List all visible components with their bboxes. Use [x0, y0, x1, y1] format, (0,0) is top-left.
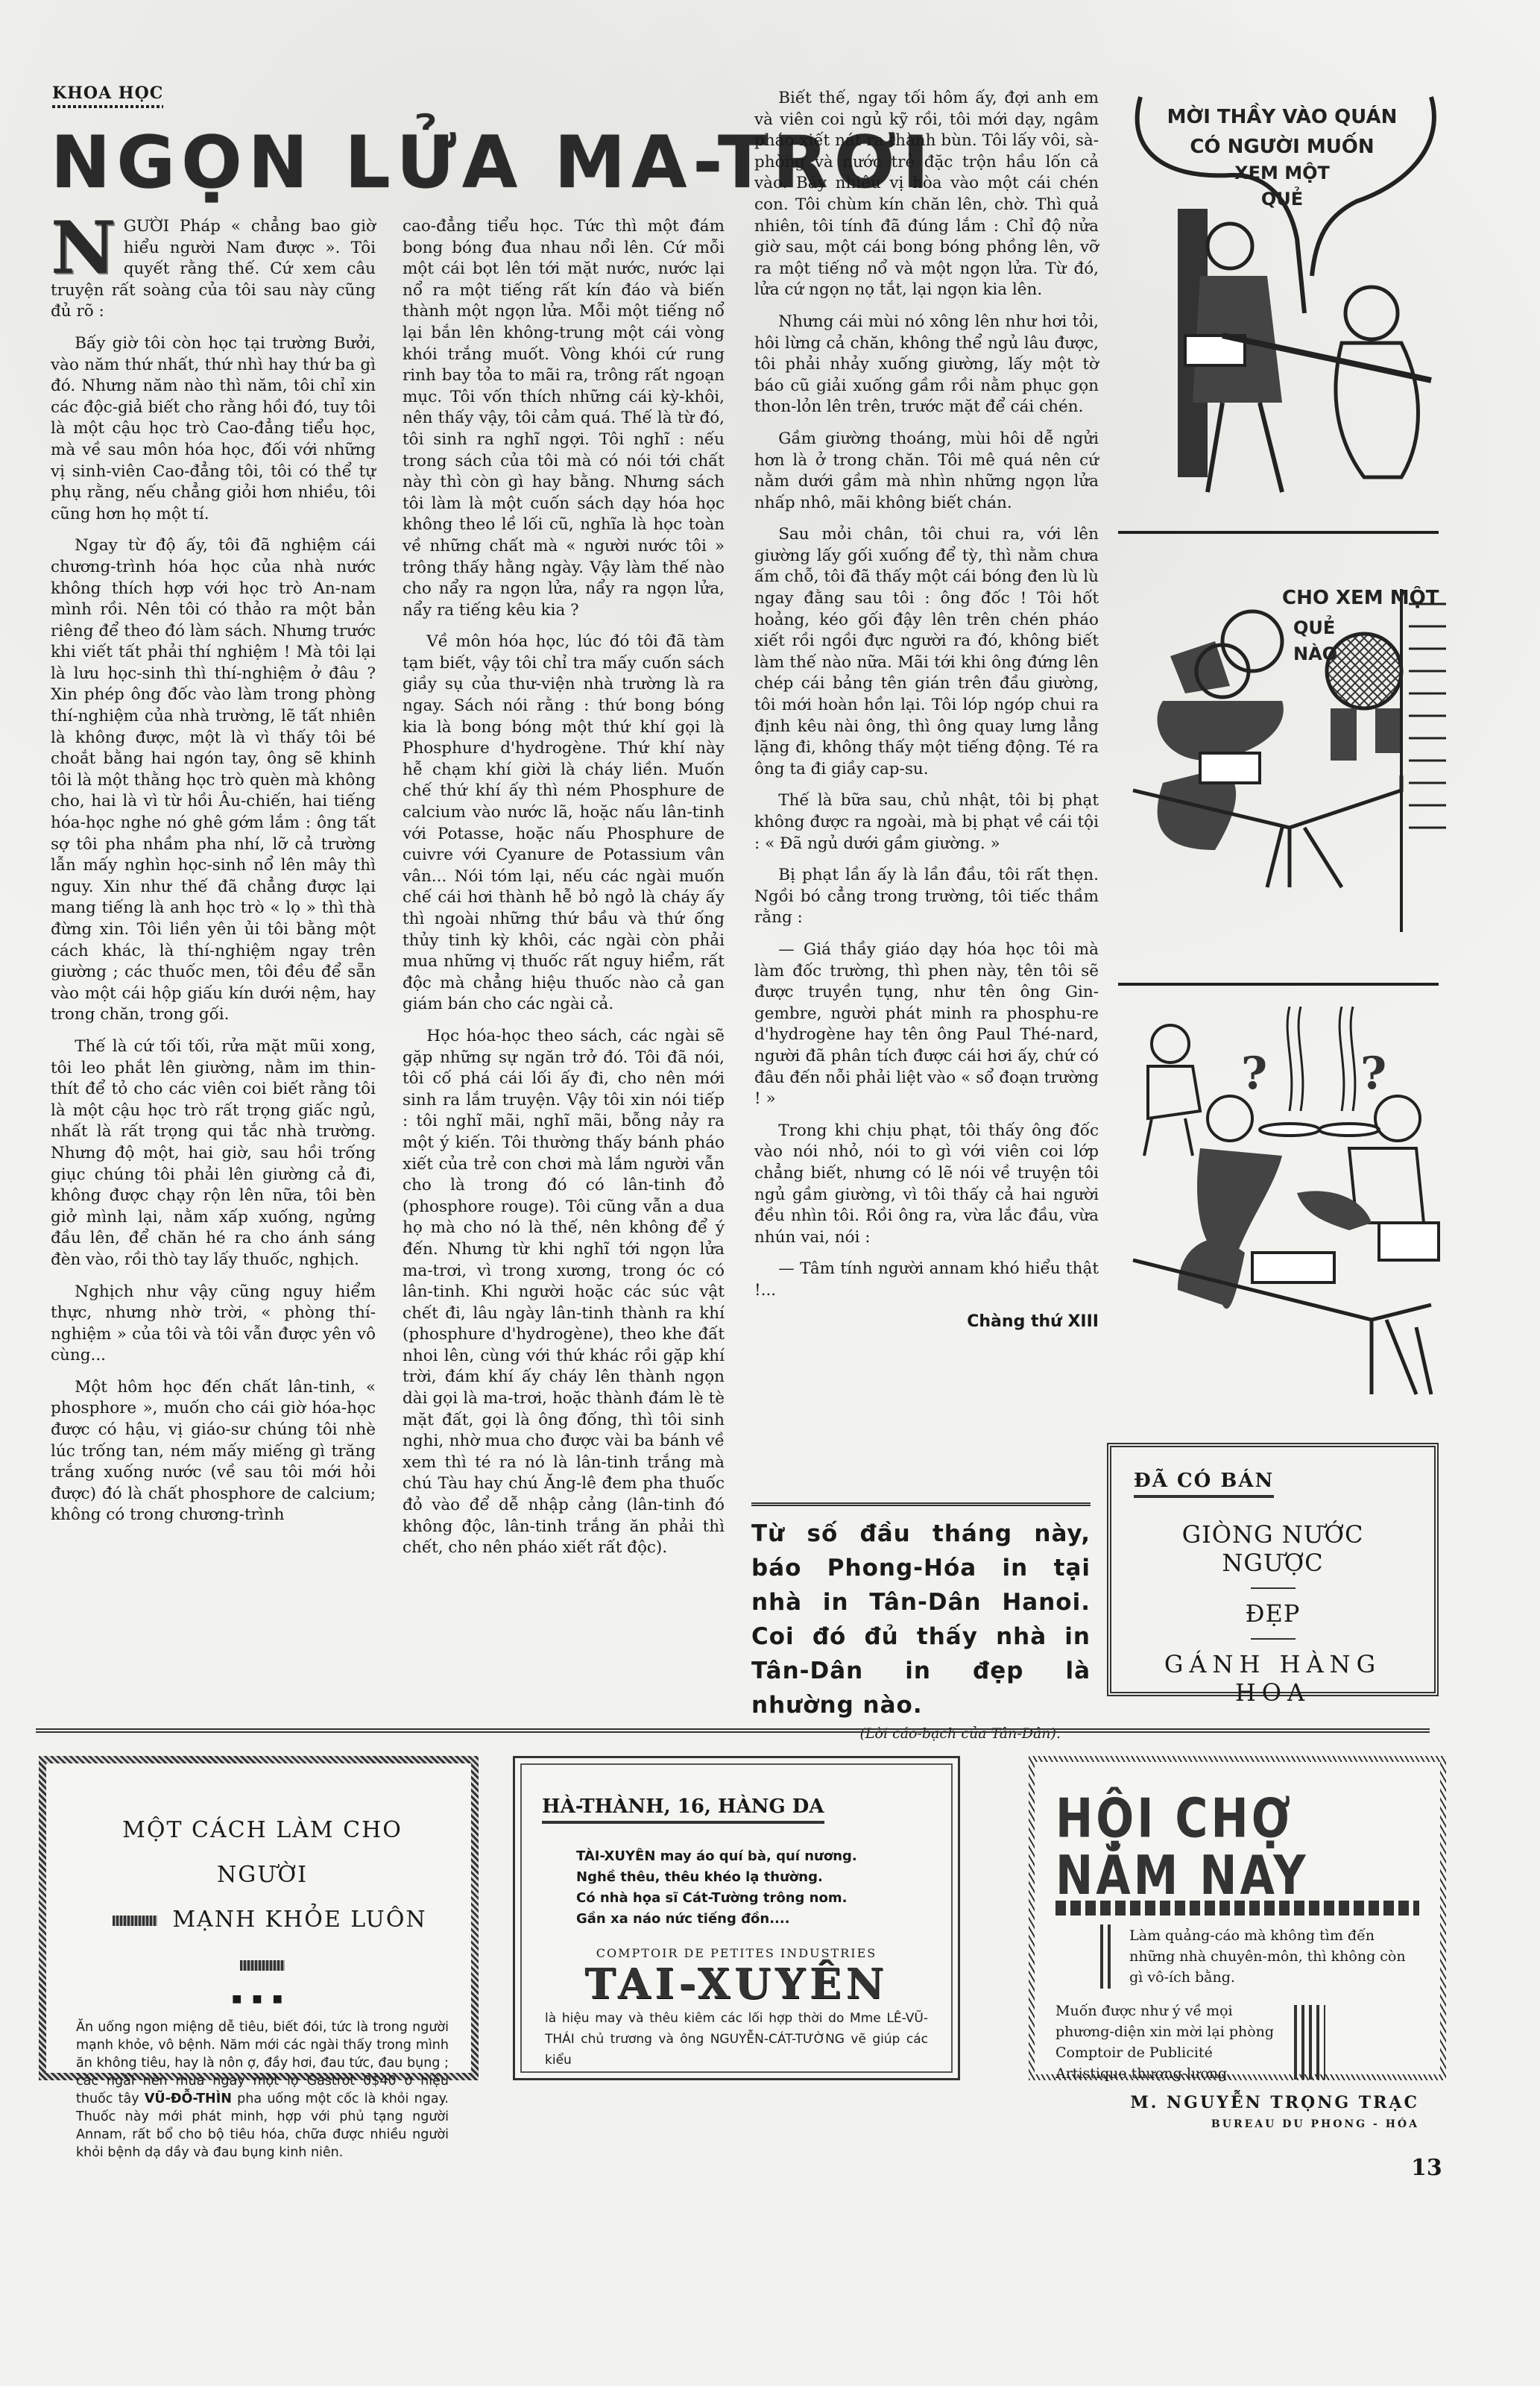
article-paragraph: Biết thế, ngay tối hôm ấy, đợi anh em và… — [754, 88, 1099, 301]
book-title: ĐẸP — [1134, 1599, 1412, 1628]
health-ad-body: Ăn uống ngon miệng dễ tiêu, biết đói, tứ… — [76, 2018, 449, 2162]
health-advertisement: MỘT CÁCH LÀM CHO NGƯỜI MẠNH KHỎE LUÔN ■■… — [39, 1756, 479, 2080]
ornament-bars-icon — [1294, 2005, 1325, 2080]
ornament-icon — [240, 1960, 285, 1971]
divider — [1251, 1638, 1296, 1640]
ornament-bars-icon — [1100, 1924, 1114, 1989]
ornament-icon: ■■■ — [76, 1993, 449, 2005]
fair-ad-title: HỘI CHỢ NĂM NAY — [1055, 1790, 1419, 1905]
svg-text:XEM MỘT: XEM MỘT — [1234, 161, 1330, 183]
cartoon-panel-1: MỜI THẦY VÀO QUÁN CÓ NGƯỜI MUỐN XEM MỘT … — [1118, 89, 1446, 522]
cartoon-illustration-icon: CHO XEM MỘT QUẺ NÀO — [1118, 544, 1446, 962]
article-paragraph: Nghịch như vậy cũng nguy hiểm thực, nhưn… — [51, 1282, 376, 1367]
divider — [36, 1728, 1430, 1733]
book-title: GÁNH HÀNG HOA — [1134, 1650, 1412, 1707]
fair-ad-paragraph: Làm quảng-cáo mà không tìm đến những nhà… — [1129, 1925, 1419, 1988]
cartoon-panel-3: ? ? — [1118, 1007, 1446, 1409]
article-paragraph: Gầm giường thoáng, mùi hôi dễ ngửi hơn l… — [754, 429, 1099, 514]
article-paragraph: Thế là cứ tối tối, rửa mặt mũi xong, tôi… — [51, 1036, 376, 1271]
book-ad-heading: ĐÃ CÓ BÁN — [1134, 1470, 1274, 1498]
article-paragraph: Về môn hóa học, lúc đó tôi đã tàm tạm bi… — [403, 632, 725, 1016]
tailor-poem: TÀI-XUYÊN may áo quí bà, quí nương. Nghề… — [576, 1846, 931, 1930]
article-paragraph: Trong khi chịu phạt, tôi thấy ông đốc và… — [754, 1121, 1099, 1249]
article-paragraph: Ngay từ độ ấy, tôi đã nghiệm cái chương-… — [51, 535, 376, 1026]
article-paragraph: Sau mỏi chân, tôi chui ra, với lên giườn… — [754, 524, 1099, 780]
health-ad-title: MẠNH KHỎE LUÔN — [76, 1898, 449, 1987]
tailor-address: HÀ-THÀNH, 16, HÀNG DA — [542, 1795, 824, 1824]
article-paragraph: NGƯỜI Pháp « chẳng bao giờ hiểu người Na… — [51, 216, 376, 323]
newspaper-page: KHOA HỌC NGỌN LỬA MA-TRƠI NGƯỜI Pháp « c… — [0, 0, 1540, 2386]
svg-text:QUẺ: QUẺ — [1293, 614, 1335, 638]
fair-ad-paragraph: Muốn được như ý về mọi phương-diện xin m… — [1055, 2001, 1279, 2084]
ornament-icon — [113, 1916, 157, 1926]
article-paragraph: Nhưng cái mùi nó xông lên như hơi tỏi, h… — [754, 312, 1099, 418]
article-paragraph: cao-đẳng tiểu học. Tức thì một đám bong … — [403, 216, 725, 621]
article-column-1: NGƯỜI Pháp « chẳng bao giờ hiểu người Na… — [51, 216, 376, 1537]
author-signature: Chàng thứ XIII — [754, 1312, 1099, 1333]
section-tag: KHOA HỌC — [52, 84, 163, 108]
cartoon-panel-2: CHO XEM MỘT QUẺ NÀO — [1118, 544, 1446, 962]
article-column-2: cao-đẳng tiểu học. Tức thì một đám bong … — [403, 216, 725, 1570]
article-paragraph: Học hóa-học theo sách, các ngài sẽ gặp n… — [403, 1026, 725, 1559]
article-column-3: Biết thế, ngay tối hôm ấy, đợi anh em và… — [754, 88, 1099, 1333]
article-paragraph: — Giá thầy giáo dạy hóa học tôi mà làm đ… — [754, 939, 1099, 1110]
question-mark-icon: ? — [1241, 1048, 1267, 1100]
speech-bubble-text: MỜI THẦY VÀO QUÁN — [1167, 102, 1398, 128]
printer-notice: Từ số đầu tháng này, báo Phong-Hóa in tạ… — [751, 1502, 1091, 1719]
question-mark-icon: ? — [1360, 1048, 1386, 1100]
book-advertisement: ĐÃ CÓ BÁN GIÒNG NƯỚC NGƯỢC ĐẸP GÁNH HÀNG… — [1107, 1443, 1439, 1696]
printer-notice-text: Từ số đầu tháng này, báo Phong-Hóa in tạ… — [751, 1517, 1091, 1722]
advertiser-name: M. NGUYỄN TRỌNG TRẠC — [1055, 2093, 1419, 2112]
fair-advertisement: HỘI CHỢ NĂM NAY Làm quảng-cáo mà không t… — [1029, 1756, 1446, 2080]
cartoon-illustration-icon: ? ? — [1118, 1007, 1446, 1409]
article-paragraph: Thế là bữa sau, chủ nhật, tôi bị phạt kh… — [754, 790, 1099, 854]
tailor-brand: TAI-XUYÊN — [542, 1960, 931, 2008]
pharmacy-name: VŨ-ĐỖ-THÌN — [145, 2091, 232, 2106]
article-paragraph: — Tâm tính người annam khó hiểu thật !..… — [754, 1259, 1099, 1301]
tailor-description: là hiệu may và thêu kiêm các lối hợp thờ… — [542, 2008, 931, 2071]
tailor-advertisement: HÀ-THÀNH, 16, HÀNG DA TÀI-XUYÊN may áo q… — [513, 1756, 960, 2080]
page-number: 13 — [1411, 2155, 1442, 2181]
advertiser-bureau: BUREAU DU PHONG - HÓA — [1055, 2118, 1419, 2130]
cartoon-illustration-icon: MỜI THẦY VÀO QUÁN CÓ NGƯỜI MUỐN XEM MỘT … — [1118, 89, 1446, 522]
speech-bubble-text: CHO XEM MỘT — [1282, 585, 1439, 609]
health-ad-title: MỘT CÁCH LÀM CHO NGƯỜI — [76, 1808, 449, 1898]
svg-text:QUẺ: QUẺ — [1261, 185, 1303, 210]
divider — [1118, 983, 1439, 986]
divider — [1251, 1587, 1296, 1589]
article-paragraph: Bị phạt lần ấy là lần đầu, tôi rất thẹn.… — [754, 865, 1099, 929]
divider — [1118, 531, 1439, 534]
dropcap: N — [51, 219, 116, 277]
tailor-comptoir: COMPTOIR DE PETITES INDUSTRIES — [542, 1946, 931, 1960]
article-paragraph: Bấy giờ tôi còn học tại trường Bưởi, vào… — [51, 333, 376, 525]
article-paragraph: Một hôm học đến chất lân-tinh, « phospho… — [51, 1377, 376, 1526]
book-title: GIÒNG NƯỚC NGƯỢC — [1134, 1520, 1412, 1577]
svg-text:CÓ NGƯỜI MUỐN: CÓ NGƯỜI MUỐN — [1190, 131, 1374, 158]
